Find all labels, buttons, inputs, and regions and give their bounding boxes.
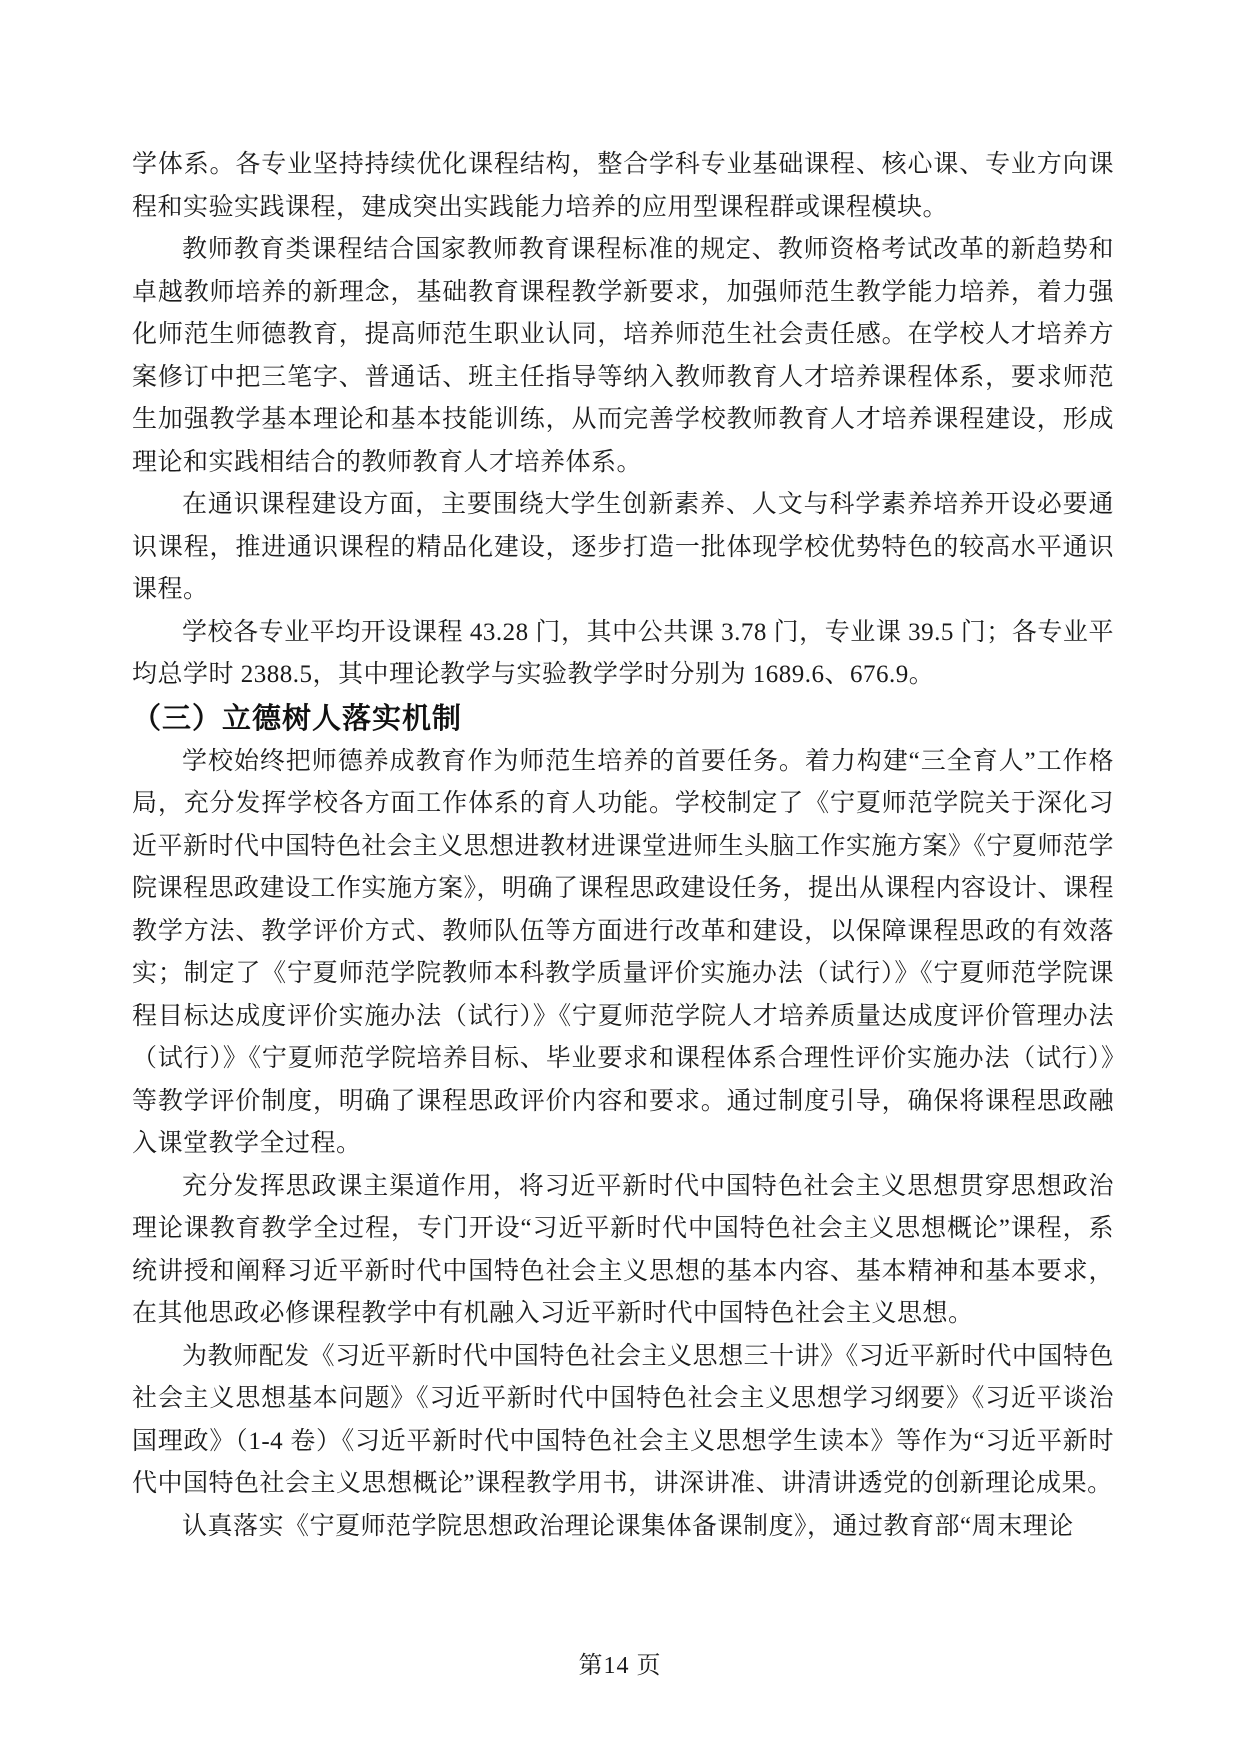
section-heading: （三）立德树人落实机制 [132, 697, 1114, 741]
paragraph-teacher-textbooks: 为教师配发《习近平新时代中国特色社会主义思想三十讲》《习近平新时代中国特色社会主… [132, 1336, 1114, 1506]
page-number: 第14 页 [579, 1653, 662, 1679]
paragraph-teacher-education-courses: 教师教育类课程结合国家教师教育课程标准的规定、教师资格考试改革的新趋势和卓越教师… [132, 229, 1114, 484]
paragraph-general-education-courses: 在通识课程建设方面，主要围绕大学生创新素养、人文与科学素养培养开设必要通识课程，… [132, 484, 1114, 612]
paragraph-moral-education-mechanism: 学校始终把师德养成教育作为师范生培养的首要任务。着力构建“三全育人”工作格局，充… [132, 741, 1114, 1166]
document-page: 学体系。各专业坚持持续优化课程结构，整合学科专业基础课程、核心课、专业方向课程和… [0, 0, 1240, 1754]
page-body: 学体系。各专业坚持持续优化课程结构，整合学科专业基础课程、核心课、专业方向课程和… [132, 144, 1114, 1548]
page-footer: 第14 页 [0, 1645, 1240, 1680]
paragraph-continuation: 学体系。各专业坚持持续优化课程结构，整合学科专业基础课程、核心课、专业方向课程和… [132, 144, 1114, 229]
paragraph-ideological-political-courses: 充分发挥思政课主渠道作用，将习近平新时代中国特色社会主义思想贯穿思想政治理论课教… [132, 1166, 1114, 1336]
paragraph-course-statistics: 学校各专业平均开设课程 43.28 门，其中公共课 3.78 门，专业课 39.… [132, 612, 1114, 697]
paragraph-collective-lesson-preparation: 认真落实《宁夏师范学院思想政治理论课集体备课制度》，通过教育部“周末理论 [132, 1506, 1114, 1549]
